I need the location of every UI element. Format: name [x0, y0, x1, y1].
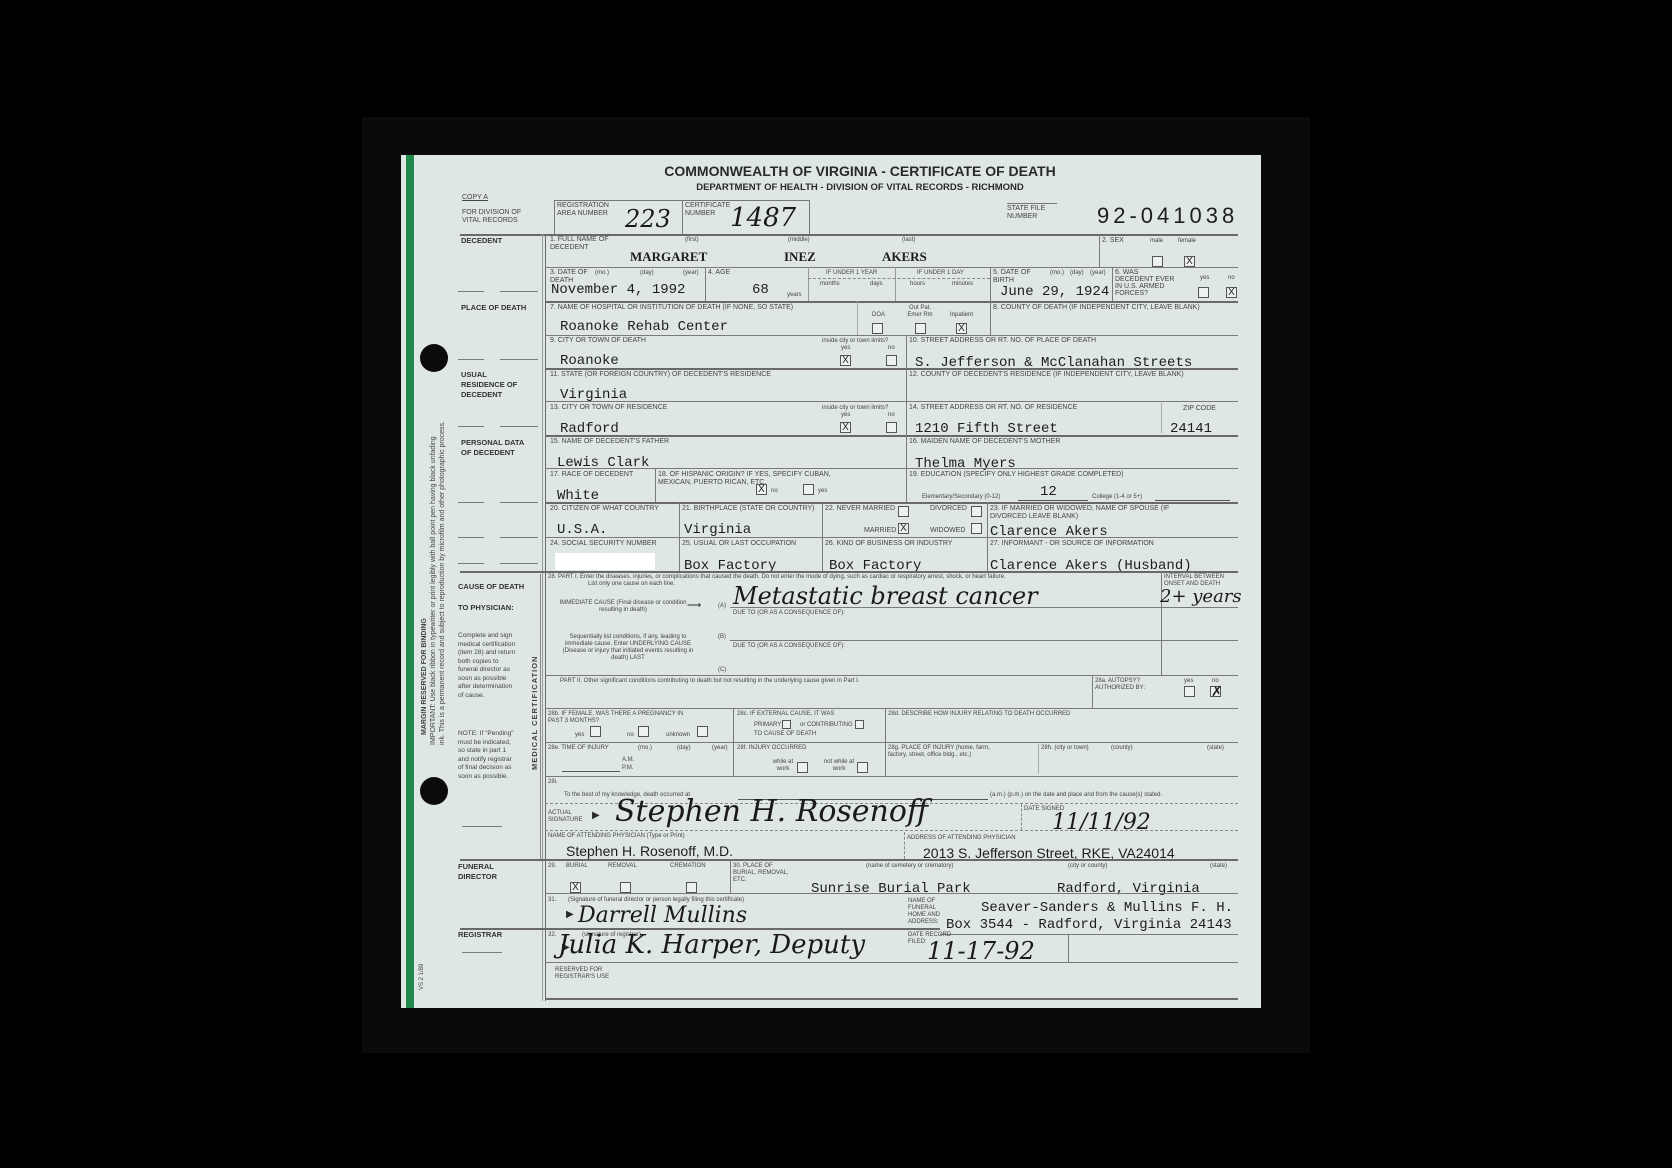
never-married-checkbox[interactable]: [898, 506, 909, 517]
divider: [1068, 934, 1069, 962]
college-label: College (1-4 or 5+): [1092, 494, 1142, 501]
interval-a-line: [1161, 607, 1238, 608]
autopsy-label: 28a. AUTOPSY? AUTHORIZED BY:: [1095, 678, 1165, 692]
certification-statement-end: (a.m.) (p.m.) on the date and place and …: [990, 792, 1162, 799]
stub-line: [458, 537, 484, 538]
minutes-label: minutes: [952, 281, 973, 288]
not-while-work-label: not while at work: [822, 759, 856, 773]
divider: [545, 893, 1238, 894]
county-of-death-label: 8. COUNTY OF DEATH (if independent city,…: [993, 304, 1200, 312]
city-county-label: (city or county): [1068, 863, 1107, 870]
time-injury-label: 28e. TIME OF INJURY: [548, 745, 609, 752]
cremation-checkbox[interactable]: [686, 882, 697, 893]
cause-b-line: [730, 640, 1161, 641]
item-32-label: 32.: [548, 932, 556, 939]
sequential-label: Sequentially list conditions, if any, le…: [558, 634, 698, 662]
signature-arrow-icon: ▶: [592, 810, 600, 821]
divider: [545, 435, 1238, 437]
divorced-label: DIVORCED: [930, 505, 967, 513]
race-label: 17. RACE OF DECEDENT: [550, 471, 633, 479]
copy-label: COPY A: [462, 194, 488, 202]
city-injury-label: 28h. (city or town): [1041, 745, 1089, 752]
margin-important-text-2: ink. This is a permanent record and subj…: [439, 421, 446, 745]
item-29-label: 29.: [548, 863, 556, 870]
yes-label: yes: [575, 732, 584, 739]
burial-label: BURIAL: [566, 863, 588, 870]
director-signature: Darrell Mullins: [578, 903, 747, 928]
registration-area-value: 223: [625, 205, 671, 233]
pregnancy-unknown-checkbox[interactable]: [697, 726, 708, 737]
death-inside-limits-yes-checkbox[interactable]: X: [840, 355, 851, 366]
inside-limits-label: inside city or town limits?: [822, 338, 888, 345]
decedent-last-name: AKERS: [882, 249, 927, 265]
section-personal-data: PERSONAL DATA OF DECEDENT: [461, 438, 531, 458]
father-label: 15. NAME OF DECEDENT'S FATHER: [550, 438, 669, 446]
armed-forces-label: 6. WAS DECEDENT EVER IN U.S. ARMED FORCE…: [1115, 269, 1175, 297]
stub-line: [458, 291, 484, 292]
residence-state-label: 11. STATE (OR FOREIGN COUNTRY) OF DECEDE…: [550, 371, 771, 379]
year-label: (year): [683, 270, 699, 277]
pregnancy-no-checkbox[interactable]: [638, 726, 649, 737]
cemetery-value: Sunrise Burial Park: [811, 881, 971, 897]
certificate-title: COMMONWEALTH OF VIRGINIA - CERTIFICATE O…: [600, 163, 1120, 179]
external-cause-label: 28c. IF EXTERNAL CAUSE, IT WAS: [737, 711, 834, 718]
yes-label: yes: [841, 345, 850, 352]
doa-checkbox[interactable]: [872, 323, 883, 334]
not-while-work-checkbox[interactable]: [857, 762, 868, 773]
stub-line: [458, 563, 484, 564]
divider: [885, 708, 886, 742]
while-work-label: while at work: [768, 759, 798, 773]
mo-label: (mo.): [638, 745, 652, 752]
no-label: no: [627, 732, 634, 739]
dashed-divider: [545, 830, 1238, 831]
divider: [655, 468, 656, 502]
sex-female-checkbox[interactable]: X: [1184, 256, 1195, 267]
divider: [904, 832, 905, 859]
divider: [545, 502, 1238, 504]
hispanic-no-label: no: [771, 488, 778, 495]
cause-a-value: Metastatic breast cancer: [733, 582, 1038, 610]
first-label: (first): [685, 237, 699, 244]
yes-label: yes: [841, 412, 850, 419]
hours-label: hours: [910, 281, 925, 288]
under-1-day-label: IF UNDER 1 DAY: [917, 270, 964, 277]
registration-area-label: REGISTRATION AREA NUMBER: [557, 202, 617, 218]
decedent-middle-name: INEZ: [784, 249, 816, 265]
funeral-home-address: Box 3544 - Radford, Virginia 24143: [946, 917, 1232, 933]
item-31-label: 31.: [548, 897, 556, 904]
state-file-label: STATE FILE NUMBER: [1007, 203, 1057, 221]
pending-note: NOTE: If "Pending" must be indicated, so…: [458, 730, 518, 781]
sex-male-checkbox[interactable]: [1152, 256, 1163, 267]
stub-line: [500, 537, 538, 538]
divider: [545, 537, 1238, 538]
underline: [1018, 500, 1088, 501]
hospital-value: Roanoke Rehab Center: [560, 319, 728, 335]
divider: [1092, 675, 1093, 708]
divider: [545, 962, 1238, 963]
part1-label: 28. PART I. Enter the diseases, injuries…: [548, 574, 1108, 581]
birthplace-label: 21. BIRTHPLACE (state or country): [682, 505, 815, 513]
divider: [460, 571, 1238, 573]
no-label: no: [1228, 275, 1235, 282]
inpatient-label: Inpatient: [950, 312, 973, 319]
cemetery-label: (name of cemetery or crematory): [866, 863, 953, 870]
divider: [545, 675, 1238, 676]
margin-important-text: IMPORTANT: Use black ribbon in typewrite…: [430, 436, 437, 745]
green-margin-strip: [406, 155, 414, 1008]
divider: [906, 368, 907, 401]
divider: [460, 859, 1238, 861]
divider: [545, 468, 1238, 469]
hospital-label: 7. NAME OF HOSPITAL OR INSTITUTION OF DE…: [550, 304, 793, 312]
arrow-right-icon: ⟶: [687, 600, 701, 611]
state-injury-label: (state): [1207, 745, 1224, 752]
divider: [545, 708, 1238, 709]
widowed-label: WIDOWED: [930, 527, 965, 535]
female-label: female: [1178, 238, 1196, 245]
stub-line: [458, 426, 484, 427]
bottom-border: [545, 998, 1238, 1000]
cause-a-label: (A): [718, 603, 726, 610]
reserved-label: RESERVED FOR REGISTRAR'S USE: [555, 967, 625, 981]
last-label: (last): [902, 237, 915, 244]
married-checkbox[interactable]: X: [898, 523, 909, 534]
hispanic-yes-checkbox[interactable]: [803, 484, 814, 495]
date-filed-value: 11-17-92: [927, 937, 1035, 965]
divider: [822, 502, 823, 537]
date-of-birth-value: June 29, 1924: [1000, 284, 1109, 300]
spouse-label: 23. IF MARRIED OR WIDOWED, NAME OF SPOUS…: [990, 505, 1180, 521]
citizen-value: U.S.A.: [557, 522, 607, 538]
removal-label: REMOVAL: [608, 863, 637, 870]
divider: [906, 401, 907, 435]
stub-line: [462, 826, 502, 827]
due-to-label: DUE TO (OR AS A CONSEQUENCE OF):: [733, 643, 845, 650]
left-column-border-2: [542, 234, 543, 1001]
divider: [733, 742, 734, 776]
divider: [906, 468, 907, 502]
item-28i-label: 28i.: [548, 779, 558, 786]
section-funeral-director: FUNERAL DIRECTOR: [458, 862, 518, 882]
underline: [562, 771, 620, 772]
middle-label: (middle): [788, 237, 810, 244]
city-of-death-label: 9. CITY OR TOWN OF DEATH: [550, 337, 646, 345]
state-file-value: 92-041038: [1097, 203, 1238, 229]
no-label: no: [888, 345, 895, 352]
divider: [990, 267, 991, 301]
autopsy-no-checkbox[interactable]: ✗: [1210, 686, 1221, 697]
street-of-death-label: 10. STREET ADDRESS OR RT. NO. OF PLACE O…: [909, 337, 1096, 345]
date-of-death-value: November 4, 1992: [551, 282, 685, 298]
certificate-number-value: 1487: [730, 203, 796, 233]
divider: [1099, 234, 1100, 267]
stub-line: [458, 359, 484, 360]
sex-label: 2. SEX: [1102, 237, 1124, 245]
left-column-border: [545, 234, 546, 1001]
never-married-label: 22. NEVER MARRIED: [825, 505, 895, 513]
inside-limits-label: inside city or town limits?: [822, 405, 888, 412]
divider: [545, 742, 1238, 743]
divider: [682, 200, 683, 234]
yes-label: yes: [1184, 678, 1193, 685]
place-injury-label: 28g. PLACE OF INJURY (home, farm, factor…: [888, 745, 998, 759]
cremation-label: CREMATION: [670, 863, 706, 870]
divider: [545, 401, 1238, 402]
divider: [545, 368, 1238, 370]
injury-occurred-label: 28f. INJURY OCCURRED: [737, 745, 806, 752]
day-label: (day): [1070, 270, 1084, 277]
elementary-label: Elementary/Secondary (0-12): [922, 494, 1000, 501]
divider: [1112, 267, 1113, 301]
am-label: A.M.: [622, 757, 634, 764]
under-1-year-label: IF UNDER 1 YEAR: [826, 270, 877, 277]
stub-line: [500, 291, 538, 292]
primary-label: PRIMARY: [754, 722, 781, 729]
form-code: VS 2 1/89: [419, 964, 425, 990]
elementary-value: 12: [1040, 484, 1057, 500]
interval-b-line: [1161, 640, 1238, 641]
divider: [906, 335, 907, 368]
registrar-signature: Julia K. Harper, Deputy: [558, 930, 865, 960]
day-label: (day): [677, 745, 691, 752]
residence-street-label: 14. STREET ADDRESS OR RT. NO. OF RESIDEN…: [909, 404, 1077, 412]
yes-label: yes: [1200, 275, 1209, 282]
physician-note: Complete and sign medical certification …: [458, 632, 518, 700]
residence-inside-limits-yes-checkbox[interactable]: X: [840, 422, 851, 433]
widowed-checkbox[interactable]: [971, 523, 982, 534]
signature-label: ACTUAL SIGNATURE: [548, 810, 578, 824]
divider: [679, 537, 680, 571]
divider: [822, 537, 823, 571]
physician-name-value: Stephen H. Rosenoff, M.D.: [566, 843, 733, 859]
stub-line: [462, 952, 502, 953]
date-of-birth-label: 5. DATE OF BIRTH: [993, 269, 1033, 285]
stub-line: [500, 563, 538, 564]
physician-signature: Stephen H. Rosenoff: [615, 794, 928, 829]
burial-checkbox[interactable]: X: [570, 882, 581, 893]
to-cause-label: TO CAUSE OF DEATH: [754, 731, 816, 738]
unknown-label: unknown: [666, 732, 690, 739]
section-place-of-death: PLACE OF DEATH: [461, 303, 531, 313]
binding-hole-bottom: [420, 777, 448, 805]
contributing-checkbox[interactable]: [855, 720, 864, 729]
hispanic-yes-label: yes: [818, 488, 827, 495]
birthplace-value: Virginia: [684, 522, 751, 538]
binding-hole-top: [420, 344, 448, 372]
section-decedent: DECEDENT: [461, 236, 502, 246]
county-injury-label: (county): [1111, 745, 1133, 752]
stub-line: [500, 359, 538, 360]
divider: [906, 435, 907, 468]
mo-label: (mo.): [595, 270, 609, 277]
residence-county-label: 12. COUNTY OF DECEDENT'S RESIDENCE (if i…: [909, 371, 1184, 379]
divider: [733, 708, 734, 742]
physician-address-label: ADDRESS OF ATTENDING PHYSICIAN: [907, 835, 1016, 842]
divider: [990, 301, 991, 335]
ssn-redacted: [555, 553, 655, 570]
dashed-divider: [808, 278, 990, 279]
outpat-label: Out Pat. Emer Rm: [905, 305, 935, 319]
mother-value: Thelma Myers: [915, 456, 1016, 472]
pm-label: P.M.: [622, 765, 634, 772]
divider: [1038, 744, 1039, 774]
city-of-death-value: Roanoke: [560, 353, 619, 369]
divider: [857, 301, 858, 335]
stub-line: [500, 502, 538, 503]
ssn-label: 24. SOCIAL SECURITY NUMBER: [550, 540, 657, 548]
year-label: (year): [712, 745, 728, 752]
year-label: (year): [1090, 270, 1106, 277]
physician-name-label: NAME OF ATTENDING PHYSICIAN (Type or Pri…: [548, 833, 685, 840]
outpat-checkbox[interactable]: [915, 323, 926, 334]
pregnancy-yes-checkbox[interactable]: [590, 726, 601, 737]
residence-inside-limits-no-checkbox[interactable]: [886, 422, 897, 433]
funeral-home-name: Seaver-Sanders & Mullins F. H.: [981, 900, 1233, 916]
stub-line: [458, 502, 484, 503]
mo-label: (mo.): [1050, 270, 1064, 277]
years-label: years: [787, 292, 802, 299]
education-label: 19. EDUCATION (Specify only highest grad…: [909, 471, 1123, 479]
burial-city-county-value: Radford, Virginia: [1057, 881, 1200, 897]
contributing-label: or CONTRIBUTING: [800, 722, 853, 729]
doa-label: DOA: [872, 312, 885, 319]
cause-b-label: (B): [718, 634, 726, 641]
state-label: (state): [1210, 863, 1227, 870]
divider: [545, 301, 1238, 303]
section-to-physician: TO PHYSICIAN:: [458, 603, 518, 613]
underline: [940, 934, 1238, 935]
cause-a-line: [730, 607, 1161, 608]
decedent-first-name: MARGARET: [630, 249, 707, 265]
describe-injury-label: 28d. DESCRIBE HOW INJURY RELATING TO DEA…: [888, 711, 1070, 718]
married-label: MARRIED: [864, 527, 896, 535]
armed-forces-yes-checkbox[interactable]: [1198, 287, 1209, 298]
full-name-label: 1. FULL NAME OF DECEDENT: [550, 236, 620, 252]
part2-label: PART II. Other significant conditions co…: [560, 678, 860, 685]
residence-city-label: 13. CITY OR TOWN OF RESIDENCE: [550, 404, 667, 412]
armed-forces-no-checkbox[interactable]: X: [1226, 287, 1237, 298]
removal-checkbox[interactable]: [620, 882, 631, 893]
burial-place-label: 30. PLACE OF BURIAL, REMOVAL, ETC.: [733, 863, 793, 884]
divider: [1021, 804, 1022, 830]
male-label: male: [1150, 238, 1163, 245]
medical-cert-border: [540, 574, 541, 859]
divorced-checkbox[interactable]: [971, 506, 982, 517]
occupation-label: 25. USUAL OR LAST OCCUPATION: [682, 540, 796, 548]
stub-line: [500, 426, 538, 427]
autopsy-yes-checkbox[interactable]: [1184, 686, 1195, 697]
copy-for-label: FOR DIVISION OF VITAL RECORDS: [462, 209, 532, 225]
cause-a-interval: 2+ years: [1160, 586, 1242, 607]
no-label: no: [888, 412, 895, 419]
pregnancy-label: 28b. IF FEMALE, WAS THERE A PREGNANCY IN…: [548, 711, 698, 725]
section-usual-residence: USUAL RESIDENCE OF DECEDENT: [461, 370, 531, 400]
primary-checkbox[interactable]: [782, 720, 791, 729]
zip-label: ZIP CODE: [1183, 405, 1216, 413]
part1-sub-label: List only one cause on each line.: [588, 581, 675, 588]
citizen-label: 20. CITIZEN OF WHAT COUNTRY: [550, 505, 659, 513]
immediate-cause-label: IMMEDIATE CAUSE (Final disease or condit…: [558, 600, 688, 614]
divider: [987, 537, 988, 571]
while-work-checkbox[interactable]: [797, 762, 808, 773]
informant-label: 27. INFORMANT - OR SOURCE OF INFORMATION: [990, 540, 1154, 548]
section-cause-of-death: CAUSE OF DEATH: [458, 582, 524, 592]
death-inside-limits-no-checkbox[interactable]: [886, 355, 897, 366]
margin-binding-text: MARGIN RESERVED FOR BINDING: [421, 618, 428, 735]
date-signed-value: 11/11/92: [1052, 810, 1151, 835]
age-value: 68: [752, 282, 769, 298]
cause-c-label: (C): [718, 667, 726, 674]
divider: [545, 267, 1238, 268]
day-label: (day): [640, 270, 654, 277]
divider: [545, 776, 1238, 777]
divider: [987, 502, 988, 537]
age-label: 4. AGE: [708, 269, 730, 277]
divider: [545, 335, 1238, 336]
divider: [1161, 403, 1162, 433]
divider: [885, 742, 886, 776]
divider: [730, 859, 731, 893]
director-arrow-icon: ▶: [566, 909, 574, 920]
months-label: months: [820, 281, 840, 288]
due-to-label: DUE TO (OR AS A CONSEQUENCE OF):: [733, 610, 845, 617]
days-label: days: [870, 281, 883, 288]
divider: [679, 502, 680, 537]
industry-label: 26. KIND OF BUSINESS OR INDUSTRY: [825, 540, 952, 548]
medical-certification-label: MEDICAL CERTIFICATION: [530, 656, 539, 770]
divider: [705, 267, 706, 301]
divider: [895, 267, 896, 301]
hispanic-no-checkbox[interactable]: X: [756, 484, 767, 495]
section-registrar: REGISTRAR: [458, 930, 502, 940]
divider: [808, 267, 809, 301]
inpatient-checkbox[interactable]: X: [956, 323, 967, 334]
underline: [1155, 500, 1230, 501]
mother-label: 16. MAIDEN NAME OF DECEDENT'S MOTHER: [909, 438, 1060, 446]
certificate-subtitle: DEPARTMENT OF HEALTH - DIVISION OF VITAL…: [600, 182, 1120, 193]
